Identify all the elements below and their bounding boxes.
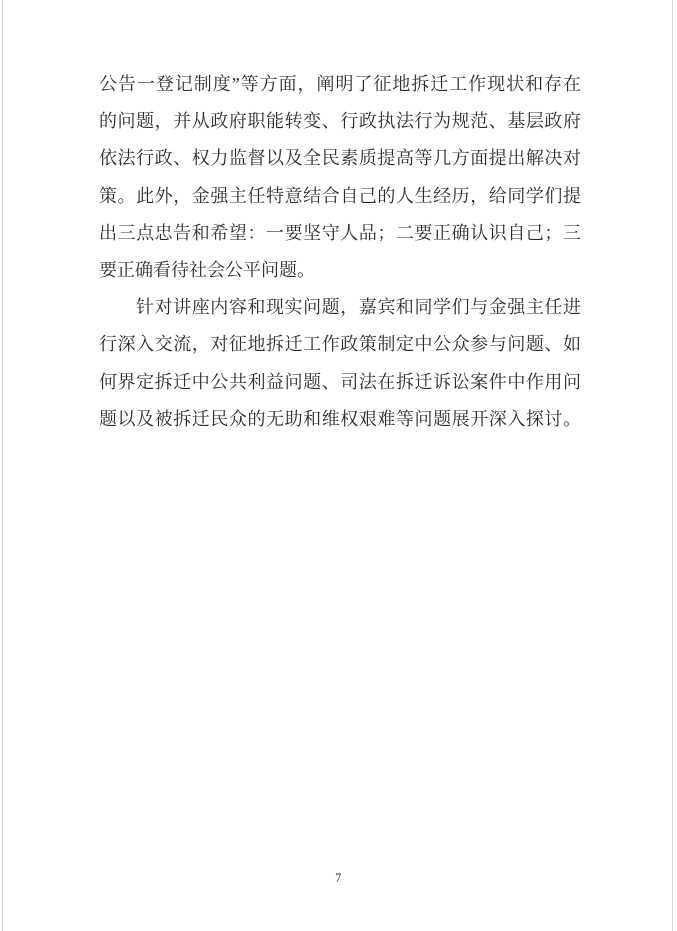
text-line: 何界定拆迁中公共利益问题、司法在拆迁诉讼案件中作用问: [99, 364, 581, 401]
page-number: 7: [335, 871, 342, 885]
text-line: 针对讲座内容和现实问题，嘉宾和同学们与金强主任进: [99, 289, 581, 326]
text-line: 的问题，并从政府职能转变、行政执法行为规范、基层政府: [99, 103, 581, 140]
text-line: 策。此外，金强主任特意结合自己的人生经历，给同学们提: [99, 178, 581, 215]
text-line: 题以及被拆迁民众的无助和维权艰难等问题展开深入探讨。: [99, 401, 581, 438]
text-line: 出三点忠告和希望：一要坚守人品；二要正确认识自己；三: [99, 215, 581, 252]
paragraph-1: 公告一登记制度”等方面，阐明了征地拆迁工作现状和存在 的问题，并从政府职能转变、…: [99, 66, 581, 289]
text-line: 公告一登记制度”等方面，阐明了征地拆迁工作现状和存在: [99, 66, 581, 103]
scan-edge-line-left: [2, 0, 3, 931]
paragraph-2: 针对讲座内容和现实问题，嘉宾和同学们与金强主任进 行深入交流，对征地拆迁工作政策…: [99, 289, 581, 438]
scan-edge-line-right: [672, 0, 673, 931]
page-footer: 7: [0, 869, 677, 887]
document-page: { "page": { "number": "7" }, "colors": {…: [0, 0, 677, 931]
text-line: 要正确看待社会公平问题。: [99, 252, 581, 289]
text-line: 依法行政、权力监督以及全民素质提高等几方面提出解决对: [99, 140, 581, 177]
text-line: 行深入交流，对征地拆迁工作政策制定中公众参与问题、如: [99, 326, 581, 363]
document-text-block: 公告一登记制度”等方面，阐明了征地拆迁工作现状和存在 的问题，并从政府职能转变、…: [99, 66, 581, 438]
